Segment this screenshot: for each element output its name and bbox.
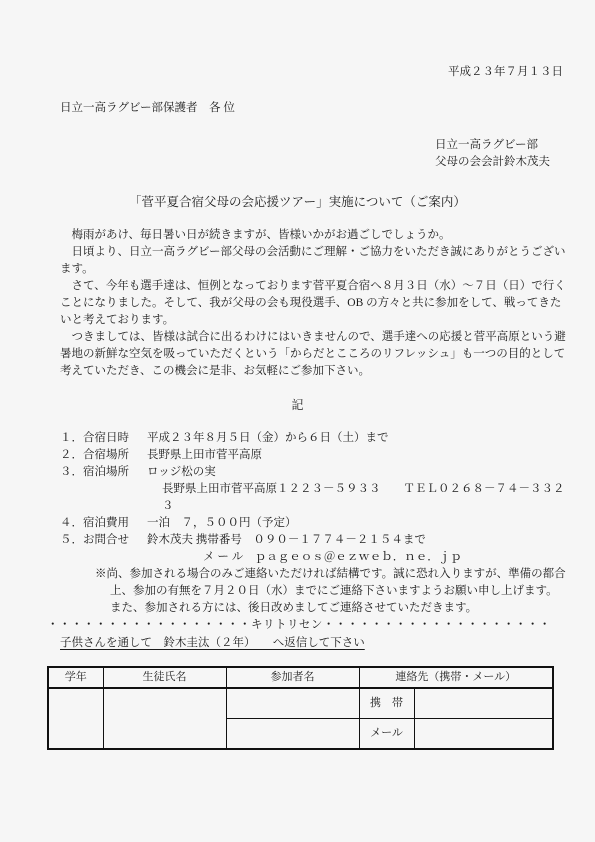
document-page: 平成２３年７月１３日 日立一高ラグビー部保護者 各 位 日立一高ラグビー部 父母… xyxy=(0,0,595,842)
body-line: 暑地の新鮮な空気を吸っていただくという「からだとこころのリフレッシュ」も一つの目… xyxy=(60,346,566,363)
form-cell-participant-2 xyxy=(226,719,359,750)
contact-label-email: メール xyxy=(359,719,414,750)
form-cell-email xyxy=(414,719,553,750)
list-item-label: ３．宿泊場所 xyxy=(60,464,147,481)
body-line: 梅雨があけ、毎日暑い日が続きますが、皆様いかがお過ごしでしょうか。 xyxy=(60,227,566,244)
list-item-contact: ５．お問合せ 鈴木茂夫 携帯番号 ０９０－１７７４－２１５４まで xyxy=(60,532,570,549)
form-cell-grade xyxy=(48,688,103,749)
body-line: 日頃より、日立一高ラグビー部父母の会活動にご理解・ご協力をいただき誠にありがとう… xyxy=(60,244,566,261)
body-line: さて、今年も選手達は、恒例となっております菅平夏合宿へ８月３日（水）～７日（日）… xyxy=(60,278,566,295)
body-paragraphs: 梅雨があけ、毎日暑い日が続きますが、皆様いかがお過ごしでしょうか。 日頃より、日… xyxy=(60,227,566,380)
lodging-address-line: 長野県上田市菅平高原１２２３－５９３３ ＴＥＬ０２６８－７４－３３２３ xyxy=(162,481,570,515)
list-item-value: 平成２３年８月５日（金）から６日（土）まで xyxy=(147,430,570,447)
table-header-row: 学年 生徒氏名 参加者名 連絡先（携帯・メール） xyxy=(48,667,553,688)
sender-block: 日立一高ラグビー部 父母の会会計鈴木茂夫 xyxy=(435,137,550,171)
list-item-place: ２．合宿場所 長野県上田市菅平高原 xyxy=(60,447,570,464)
note-line: また、参加される方には、後日改めましてご連絡させていただきます。 xyxy=(110,600,570,617)
list-item-label: ２．合宿場所 xyxy=(60,447,147,464)
form-cell-mobile xyxy=(414,688,553,719)
body-line: ことになりました。そして、我が父母の会も現役選手、OB の方々と共に参加をして、… xyxy=(60,295,566,312)
header-participant-name: 参加者名 xyxy=(226,667,359,688)
contact-label-mobile: 携 帯 xyxy=(359,688,414,719)
header-grade: 学年 xyxy=(48,667,103,688)
note-line: ※尚、参加される場合のみご連絡いただければ結構です。誠に恐れ入りますが、準備の都… xyxy=(95,566,570,583)
reply-instruction-text: 子供さんを通して 鈴木圭汰（２年） へ返信して下さい xyxy=(60,637,365,649)
recipient-line: 日立一高ラグビー部保護者 各 位 xyxy=(60,100,235,117)
list-item-value: ロッジ松の実 xyxy=(147,464,570,481)
contact-email-line: メ ー ル ｐａｇｅｏｓ＠ｅｚｗｅｂ．ｎｅ．ｊｐ xyxy=(203,549,570,566)
form-cell-participant-1 xyxy=(226,688,359,719)
sender-person: 父母の会会計鈴木茂夫 xyxy=(435,154,550,171)
cutting-line: ・・・・・・・・・・・・・・・・・キリトリセン・・・・・・・・・・・・・・・・・… xyxy=(47,617,570,634)
body-line: ます。 xyxy=(60,261,566,278)
ki-marker: 記 xyxy=(0,397,595,414)
form-cell-student-name xyxy=(103,688,226,749)
list-item-value: 鈴木茂夫 携帯番号 ０９０－１７７４－２１５４まで xyxy=(147,532,570,549)
list-item-lodging: ３．宿泊場所 ロッジ松の実 xyxy=(60,464,570,481)
header-contact: 連絡先（携帯・メール） xyxy=(359,667,553,688)
document-title: 「菅平夏合宿父母の会応援ツアー」実施について（ご案内） xyxy=(0,194,595,211)
list-item-value: 一泊 ７，５００円（予定） xyxy=(147,515,570,532)
table-row: 携 帯 xyxy=(48,688,553,719)
list-item-cost: ４．宿泊費用 一泊 ７，５００円（予定） xyxy=(60,515,570,532)
sender-organization: 日立一高ラグビー部 xyxy=(435,137,550,154)
note-line: 上、参加の有無を７月２０日（水）までにご連絡下さいますようお願い申し上げます。 xyxy=(110,583,570,600)
list-item-value: 長野県上田市菅平高原 xyxy=(147,447,570,464)
body-line: いと考えております。 xyxy=(60,312,566,329)
date-line: 平成２３年７月１３日 xyxy=(448,64,563,81)
list-item-date: １．合宿日時 平成２３年８月５日（金）から６日（土）まで xyxy=(60,430,570,447)
list-item-label: １．合宿日時 xyxy=(60,430,147,447)
list-item-label: ５．お問合せ xyxy=(60,532,147,549)
info-list: １．合宿日時 平成２３年８月５日（金）から６日（土）まで ２．合宿場所 長野県上… xyxy=(60,430,570,634)
reply-form-table: 学年 生徒氏名 参加者名 連絡先（携帯・メール） 携 帯 メール xyxy=(47,666,554,750)
reply-instruction: 子供さんを通して 鈴木圭汰（２年） へ返信して下さい xyxy=(60,635,365,652)
header-student-name: 生徒氏名 xyxy=(103,667,226,688)
list-item-label: ４．宿泊費用 xyxy=(60,515,147,532)
body-line: 考えていただき、この機会に是非、お気軽にご参加下さい。 xyxy=(60,363,566,380)
body-line: つきましては、皆様は試合に出るわけにはいきませんので、選手達への応援と菅平高原と… xyxy=(60,329,566,346)
